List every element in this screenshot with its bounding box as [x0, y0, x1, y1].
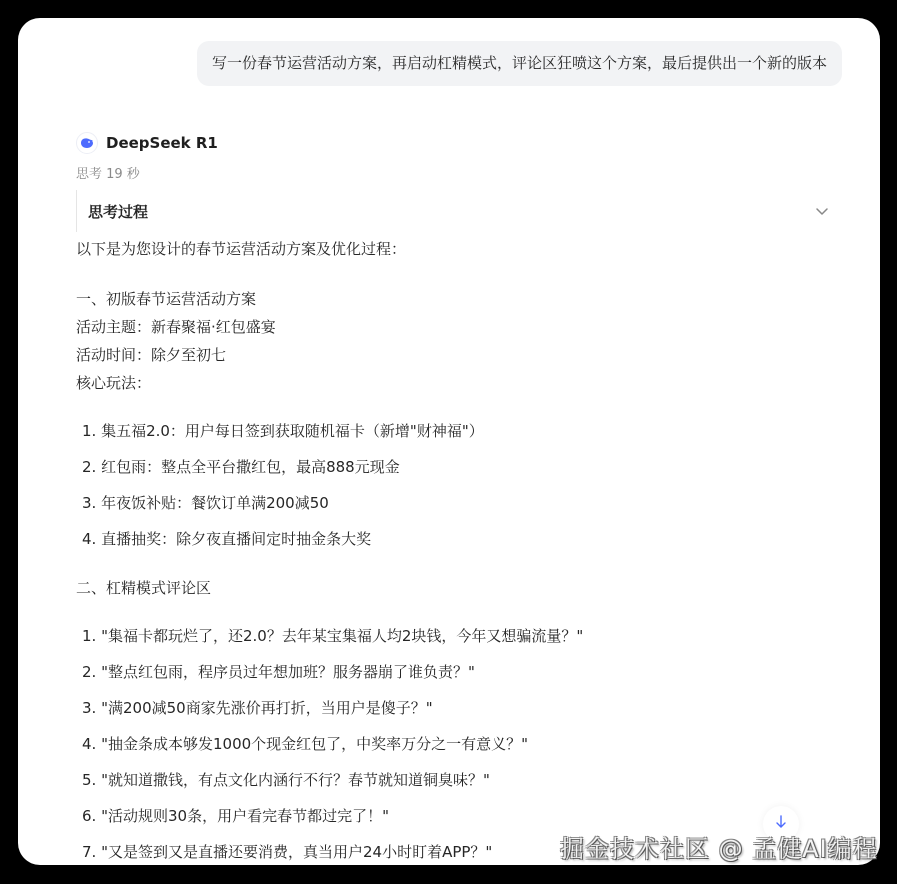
- critic-comment: 5. "就知道撒钱，有点文化内涵行不行？春节就知道铜臭味？": [82, 769, 490, 790]
- activity-theme: 活动主题：新春聚福·红包盛宴: [76, 316, 276, 337]
- user-message-text: 写一份春节运营活动方案，再启动杠精模式，评论区狂喷这个方案，最后提供出一个新的版…: [212, 54, 827, 72]
- think-duration: 思考 19 秒: [76, 163, 140, 182]
- chevron-down-icon[interactable]: [813, 202, 831, 220]
- plan-item: 3. 年夜饭补贴：餐饮订单满200减50: [82, 492, 329, 513]
- watermark: 掘金技术社区 @ 孟健AI编程: [560, 829, 878, 864]
- section2-title: 二、杠精模式评论区: [76, 577, 211, 598]
- model-name: DeepSeek R1: [106, 134, 218, 152]
- user-message-bubble: 写一份春节运营活动方案，再启动杠精模式，评论区狂喷这个方案，最后提供出一个新的版…: [197, 41, 842, 86]
- section1-title: 一、初版春节运营活动方案: [76, 288, 256, 309]
- critic-comment: 1. "集福卡都玩烂了，还2.0？去年某宝集福人均2块钱，今年又想骗流量？": [82, 625, 583, 646]
- think-process-toggle[interactable]: 思考过程: [76, 190, 836, 232]
- assistant-header: DeepSeek R1: [76, 132, 218, 154]
- critic-comment: 7. "又是签到又是直播还要消费，真当用户24小时盯着APP？": [82, 841, 492, 862]
- critic-comment: 4. "抽金条成本够发1000个现金红包了，中奖率万分之一有意义？": [82, 733, 528, 754]
- chat-card: 写一份春节运营活动方案，再启动杠精模式，评论区狂喷这个方案，最后提供出一个新的版…: [18, 18, 880, 865]
- critic-comment: 2. "整点红包雨，程序员过年想加班？服务器崩了谁负责？": [82, 661, 475, 682]
- deepseek-whale-icon: [76, 132, 98, 154]
- activity-time: 活动时间：除夕至初七: [76, 344, 226, 365]
- plan-item: 4. 直播抽奖：除夕夜直播间定时抽金条大奖: [82, 528, 371, 549]
- critic-comment: 6. "活动规则30条，用户看完春节都过完了！": [82, 805, 389, 826]
- response-intro: 以下是为您设计的春节运营活动方案及优化过程：: [76, 238, 406, 259]
- plan-item: 1. 集五福2.0：用户每日签到获取随机福卡（新增"财神福"）: [82, 420, 484, 441]
- plan-item: 2. 红包雨：整点全平台撒红包，最高888元现金: [82, 456, 400, 477]
- think-process-title: 思考过程: [88, 201, 148, 222]
- think-divider: [76, 190, 77, 232]
- core-gameplay-label: 核心玩法：: [76, 372, 151, 393]
- critic-comment: 3. "满200减50商家先涨价再打折，当用户是傻子？": [82, 697, 433, 718]
